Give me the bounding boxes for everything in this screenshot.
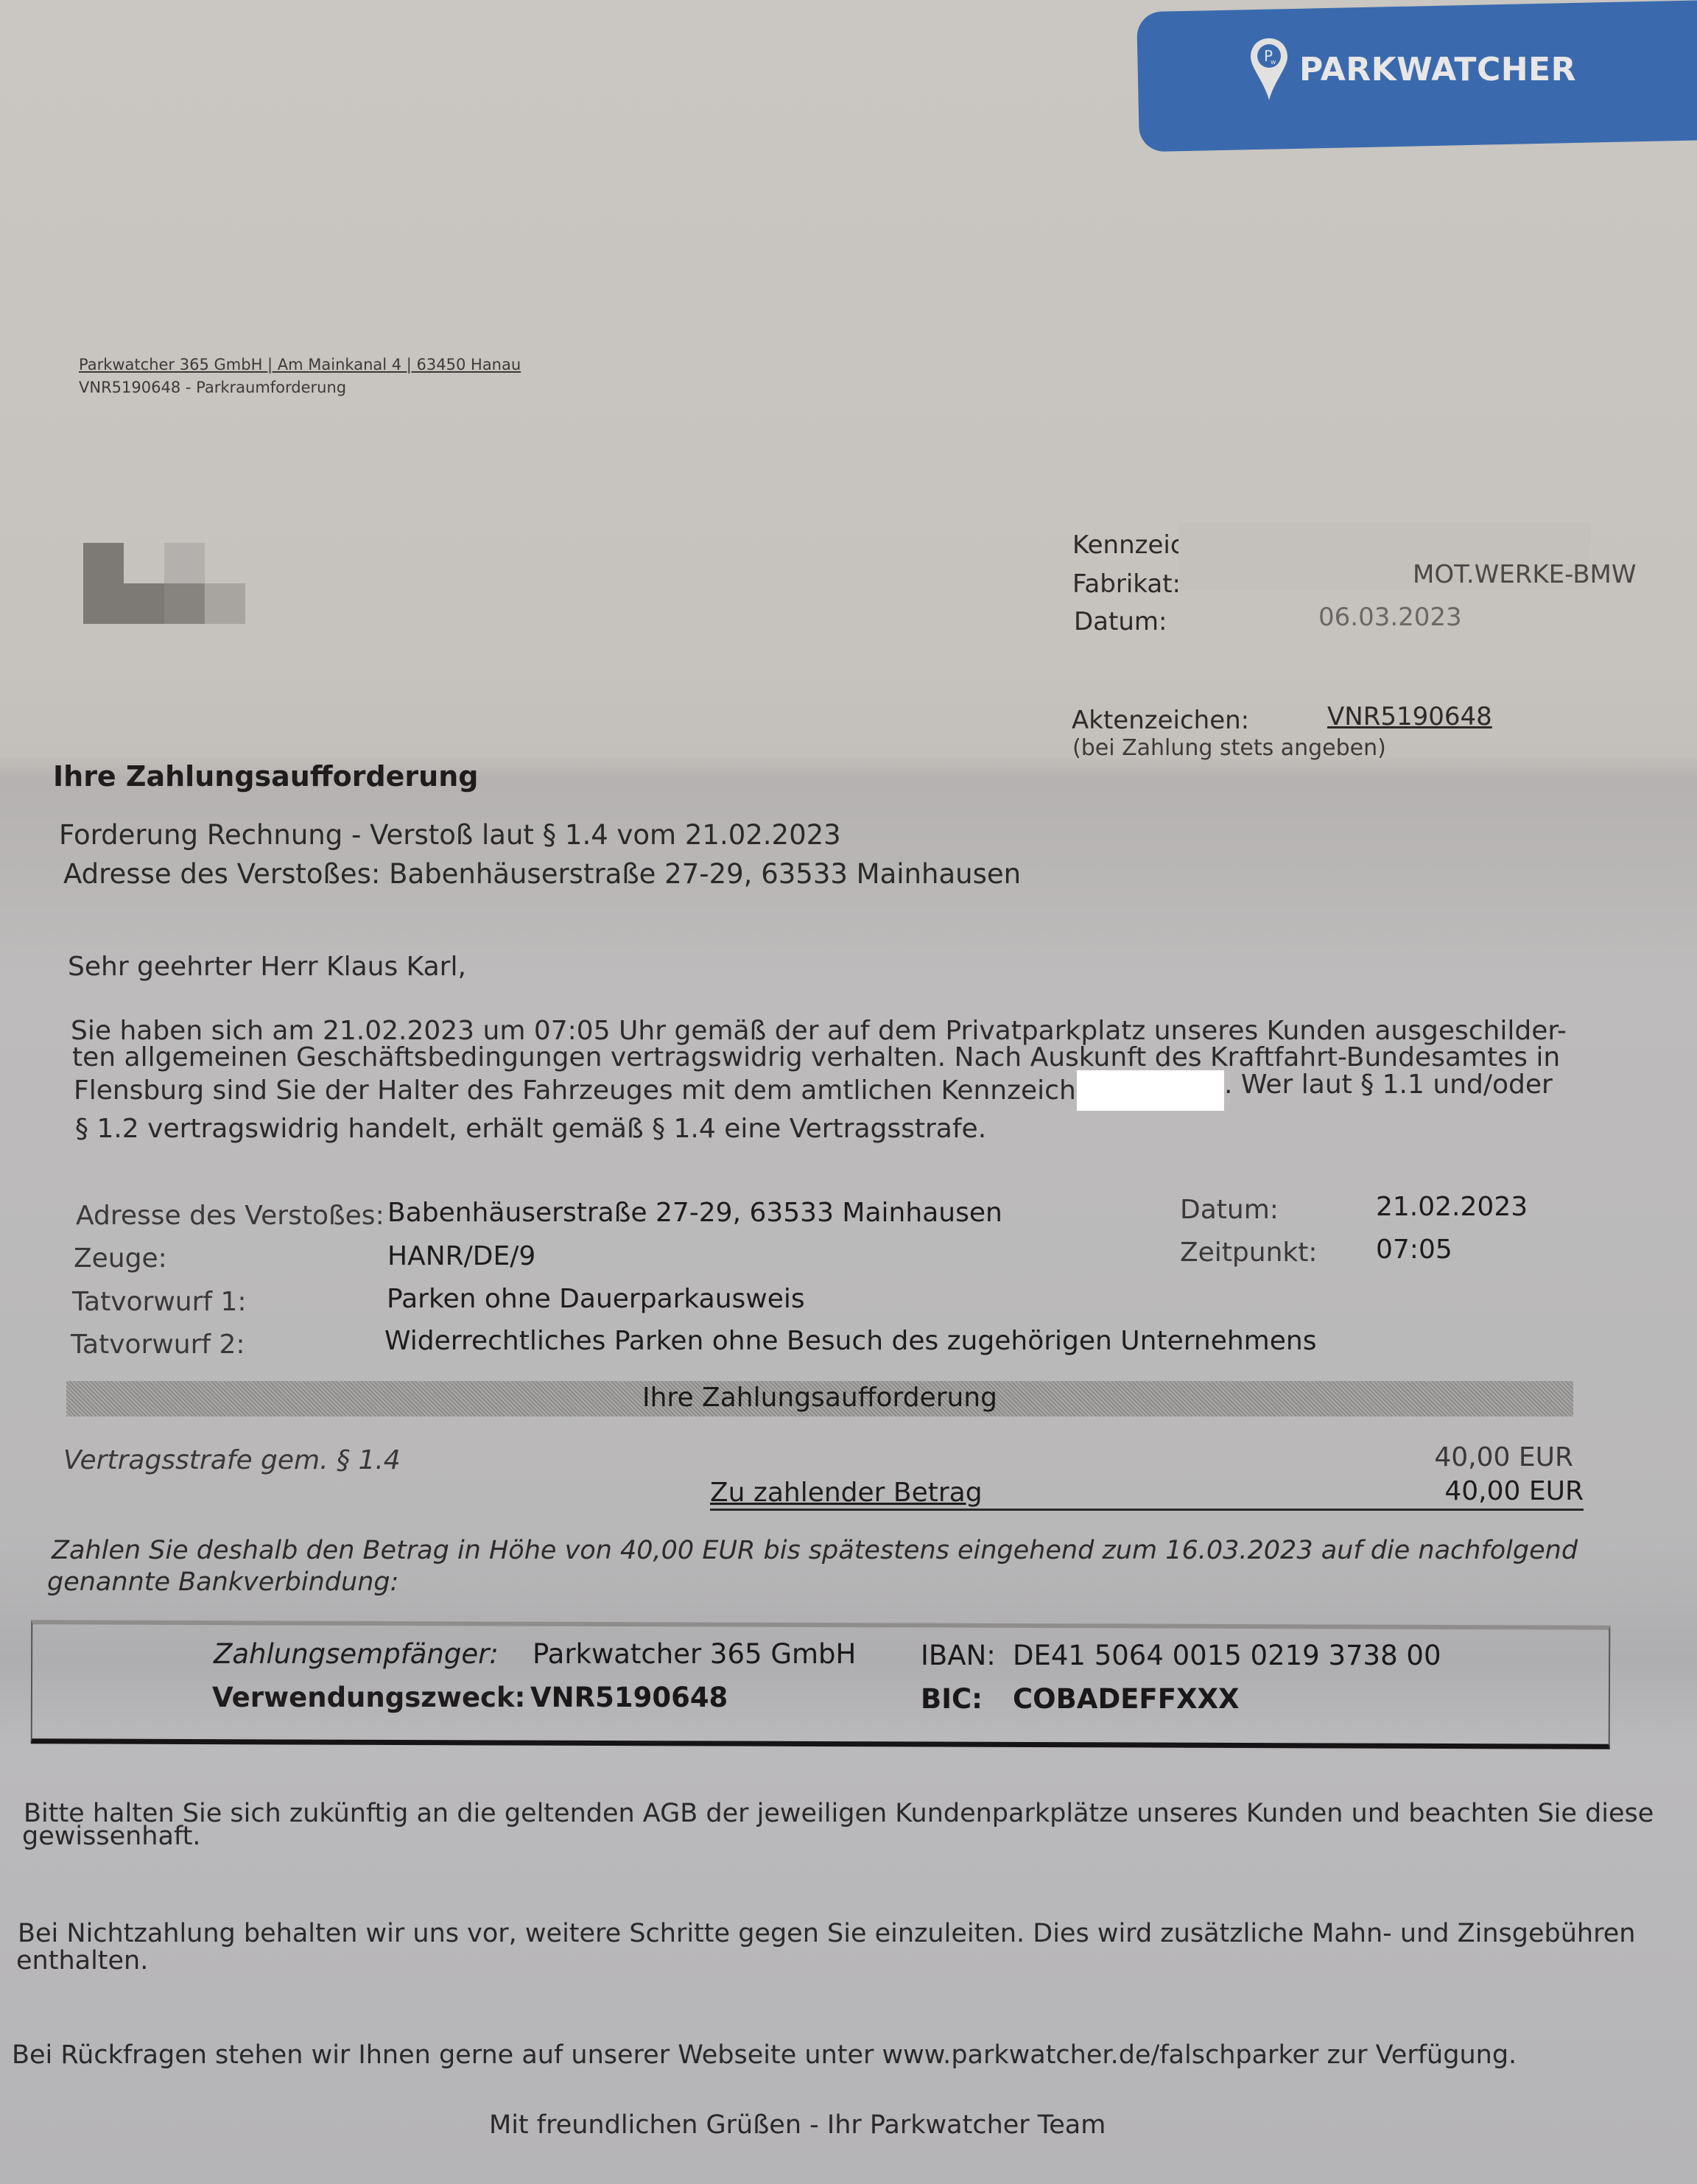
recipient-label: Zahlungsempfänger: bbox=[214, 1638, 499, 1670]
detail-value: Parken ohne Dauerparkausweis bbox=[387, 1284, 805, 1314]
footer-p1-line-1: Bitte halten Sie sich zukünftig an die g… bbox=[24, 1799, 1654, 1827]
detail-label: Tatvorwurf 2: bbox=[71, 1330, 245, 1360]
purpose-label: Verwendungszweck: bbox=[212, 1682, 525, 1713]
svg-text:w: w bbox=[1271, 59, 1276, 66]
subject-line-2: Adresse des Verstoßes: Babenhäuserstraße… bbox=[63, 858, 1021, 890]
penalty-item-label: Vertragsstrafe gem. § 1.4 bbox=[63, 1445, 401, 1475]
detail-datum-label: Datum: bbox=[1180, 1195, 1279, 1225]
payment-instruction-line-2: genannte Bankverbindung: bbox=[47, 1567, 398, 1597]
detail-value: HANR/DE/9 bbox=[387, 1241, 535, 1271]
total-label: Zu zahlender Betrag bbox=[710, 1478, 983, 1508]
footer-p1-line-2: gewissenhaft. bbox=[22, 1822, 200, 1850]
payment-instruction-line-1: Zahlen Sie deshalb den Betrag in Höhe vo… bbox=[52, 1536, 1578, 1565]
detail-label: Zeuge: bbox=[74, 1243, 167, 1274]
footer-p2-line-2: enthalten. bbox=[16, 1947, 148, 1975]
salutation: Sehr geehrter Herr Klaus Karl, bbox=[68, 950, 466, 983]
aktenzeichen-label: Aktenzeichen: bbox=[1072, 706, 1249, 735]
purpose-value: VNR5190648 bbox=[530, 1682, 728, 1713]
detail-value: Babenhäuserstraße 27-29, 63533 Mainhause… bbox=[387, 1198, 1002, 1228]
footer-p2-line-1: Bei Nichtzahlung behalten wir uns vor, w… bbox=[18, 1920, 1635, 1948]
subject-line-1: Forderung Rechnung - Verstoß laut § 1.4 … bbox=[59, 819, 841, 851]
fabrikat-label: Fabrikat: bbox=[1072, 569, 1181, 599]
total-underline bbox=[710, 1509, 1584, 1511]
aktenzeichen-note: (bei Zahlung stets angeben) bbox=[1072, 735, 1386, 761]
iban-label: IBAN: bbox=[921, 1640, 996, 1671]
detail-label: Tatvorwurf 1: bbox=[72, 1287, 247, 1317]
iban-value: DE41 5064 0015 0219 3738 00 bbox=[1013, 1640, 1441, 1671]
redacted-plate-inline bbox=[1077, 1070, 1224, 1111]
payment-section-bar: Ihre Zahlungsaufforderung bbox=[66, 1381, 1573, 1416]
brand-logo: P w PARKWATCHER bbox=[1249, 37, 1576, 102]
aktenzeichen-value: VNR5190648 bbox=[1327, 702, 1492, 731]
bic-label: BIC: bbox=[921, 1683, 983, 1715]
page-title: Ihre Zahlungsaufforderung bbox=[53, 760, 478, 793]
datum-label: Datum: bbox=[1074, 607, 1167, 636]
recipient-value: Parkwatcher 365 GmbH bbox=[533, 1638, 856, 1670]
sender-return-address: Parkwatcher 365 GmbH | Am Mainkanal 4 | … bbox=[79, 356, 521, 373]
closing: Mit freundlichen Grüßen - Ihr Parkwatche… bbox=[489, 2111, 1106, 2139]
map-pin-pw-icon: P w bbox=[1249, 37, 1289, 102]
payment-section-title: Ihre Zahlungsaufforderung bbox=[66, 1383, 1573, 1413]
body-line-3b: . Wer laut § 1.1 und/oder bbox=[1224, 1068, 1553, 1101]
brand-name: PARKWATCHER bbox=[1299, 51, 1576, 88]
footer-contact: Bei Rückfragen stehen wir Ihnen gerne au… bbox=[12, 2041, 1517, 2069]
detail-zeitpunkt-label: Zeitpunkt: bbox=[1180, 1237, 1318, 1268]
penalty-item-amount: 40,00 EUR bbox=[1434, 1442, 1573, 1472]
detail-datum-value: 21.02.2023 bbox=[1376, 1192, 1528, 1222]
total-amount: 40,00 EUR bbox=[1444, 1476, 1584, 1506]
body-line-4: § 1.2 vertragswidrig handelt, erhält gem… bbox=[75, 1112, 986, 1145]
detail-label: Adresse des Verstoßes: bbox=[76, 1201, 384, 1231]
detail-zeitpunkt-value: 07:05 bbox=[1376, 1235, 1452, 1265]
datum-value: 06.03.2023 bbox=[1318, 603, 1462, 632]
body-line-3a: Flensburg sind Sie der Halter des Fahrze… bbox=[74, 1074, 1109, 1107]
reference-line: VNR5190648 - Parkraumforderung bbox=[79, 379, 346, 396]
detail-value: Widerrechtliches Parken ohne Besuch des … bbox=[384, 1326, 1316, 1356]
bic-value: COBADEFFXXX bbox=[1013, 1683, 1240, 1715]
fabrikat-value: MOT.WERKE-BMW bbox=[1413, 560, 1636, 589]
